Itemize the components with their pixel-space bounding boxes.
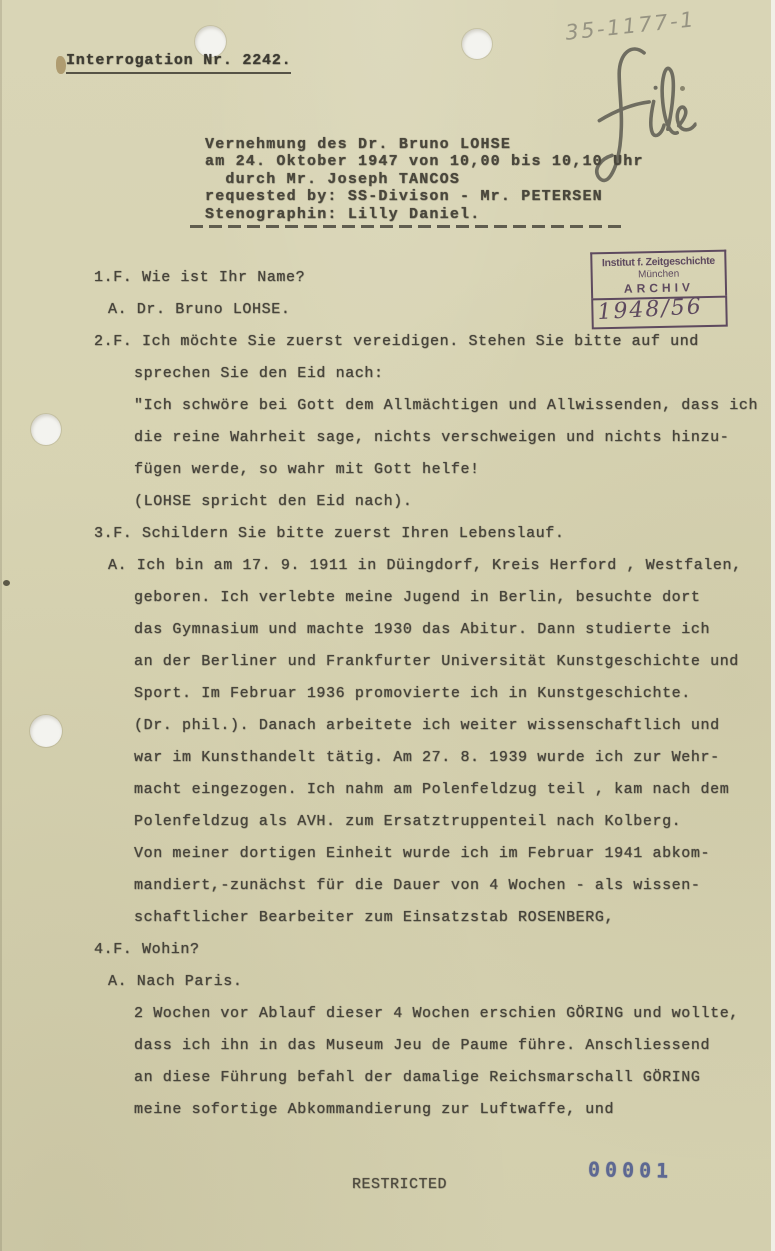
continuation-line: dass ich ihn in das Museum Jeu de Paume … (0, 1030, 775, 1062)
question-line: 2.F. Ich möchte Sie zuerst vereidigen. S… (0, 326, 775, 358)
continuation-line: das Gymnasium und machte 1930 das Abitur… (0, 614, 775, 646)
continuation-line: Sport. Im Februar 1936 promovierte ich i… (0, 678, 775, 710)
continuation-line: 2 Wochen vor Ablauf dieser 4 Wochen ersc… (0, 998, 775, 1030)
continuation-line: Polenfeldzug als AVH. zum Ersatztruppent… (0, 806, 775, 838)
continuation-line: war im Kunsthandelt tätig. Am 27. 8. 193… (0, 742, 775, 774)
continuation-line: an diese Führung befahl der damalige Rei… (0, 1062, 775, 1094)
oath-line: die reine Wahrheit sage, nichts verschwe… (0, 422, 775, 454)
question-line: 3.F. Schildern Sie bitte zuerst Ihren Le… (0, 518, 775, 550)
header-divider (190, 225, 627, 228)
header-line-datetime: am 24. Oktober 1947 von 10,00 bis 10,10 … (205, 153, 644, 170)
continuation-line: geboren. Ich verlebte meine Jugend in Be… (0, 582, 775, 614)
punch-hole (462, 29, 492, 59)
answer-line: A. Ich bin am 17. 9. 1911 in Düingdorf, … (0, 550, 775, 582)
page-number-stamp: 00001 (588, 1157, 674, 1182)
oath-line: fügen werde, so wahr mit Gott helfe! (0, 454, 775, 486)
question-line: 4.F. Wohin? (0, 934, 775, 966)
continuation-line: an der Berliner und Frankfurter Universi… (0, 646, 775, 678)
classification-marking: RESTRICTED (352, 1176, 447, 1193)
header-line-stenographer: Stenographin: Lilly Daniel. (205, 206, 644, 223)
answer-line: A. Nach Paris. (0, 966, 775, 998)
header-line-interrogator: durch Mr. Joseph TANCOS (205, 171, 644, 188)
header-line-requested-by: requested by: SS-Divison - Mr. PETERSEN (205, 188, 644, 205)
scanned-document-page: 35-1177-1 Interrogation Nr. 2242. Verneh… (0, 0, 775, 1251)
continuation-line: (Dr. phil.). Danach arbeitete ich weiter… (0, 710, 775, 742)
oath-line: "Ich schwöre bei Gott dem Allmächtigen u… (0, 390, 775, 422)
stage-direction-line: (LOHSE spricht den Eid nach). (0, 486, 775, 518)
paper-speck (56, 56, 66, 74)
continuation-line: Von meiner dortigen Einheit wurde ich im… (0, 838, 775, 870)
continuation-line: schaftlicher Bearbeiter zum Einsatzstab … (0, 902, 775, 934)
transcript-body: 1.F. Wie ist Ihr Name? A. Dr. Bruno LOHS… (0, 262, 775, 1126)
continuation-line: mandiert,-zunächst für die Dauer von 4 W… (0, 870, 775, 902)
header-line-subject: Vernehmung des Dr. Bruno LOHSE (205, 136, 644, 153)
answer-line: A. Dr. Bruno LOHSE. (0, 294, 775, 326)
continuation-line: meine sofortige Abkommandierung zur Luft… (0, 1094, 775, 1126)
header-block: Vernehmung des Dr. Bruno LOHSE am 24. Ok… (205, 136, 644, 223)
continuation-line: sprechen Sie den Eid nach: (0, 358, 775, 390)
question-line: 1.F. Wie ist Ihr Name? (0, 262, 775, 294)
continuation-line: macht eingezogen. Ich nahm am Polenfeldz… (0, 774, 775, 806)
document-title: Interrogation Nr. 2242. (66, 52, 291, 74)
